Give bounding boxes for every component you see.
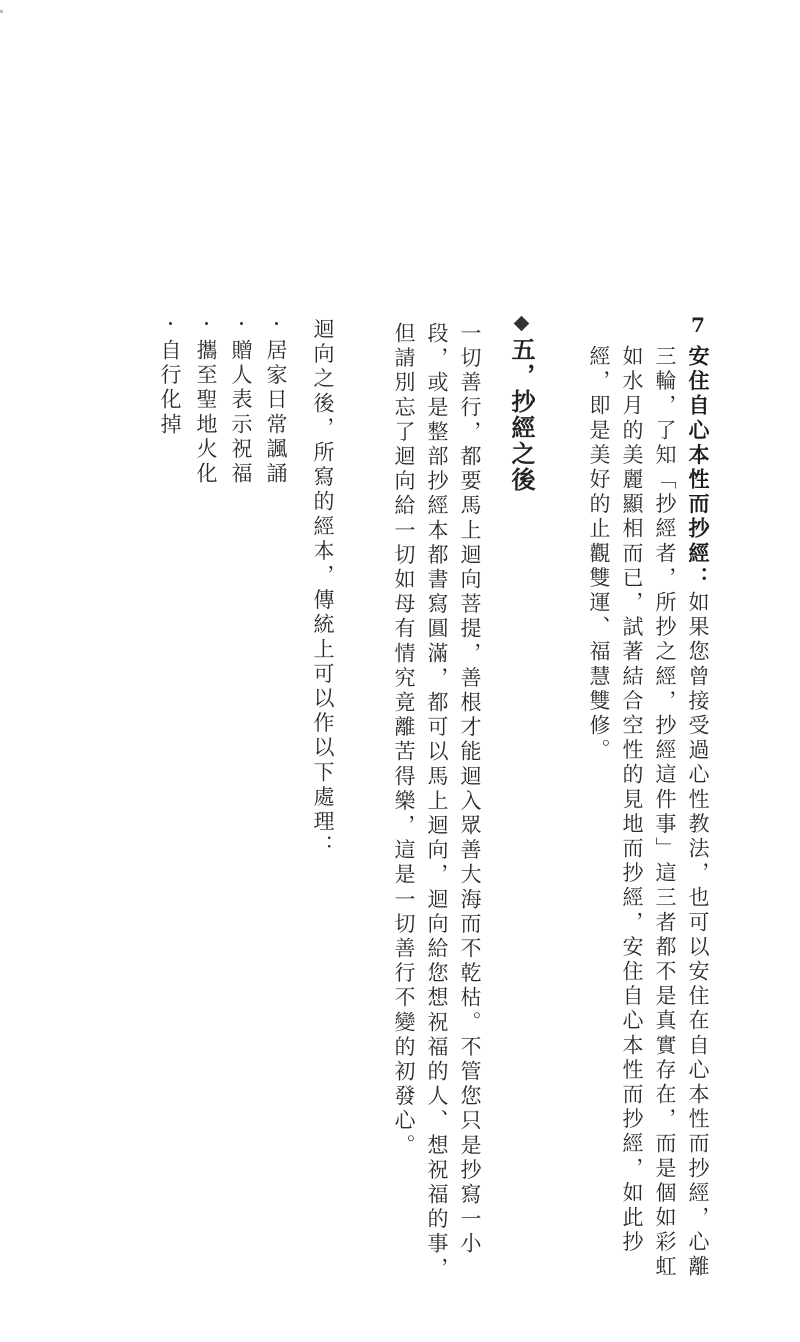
section5-paragraph-line-3: 但請別忘了迴向給一切如母有情究竟離苦得樂，這是一切善行不變的初發心。	[393, 322, 414, 1158]
item7-line-4: 經，即是美好的止觀雙運、福慧雙修。	[588, 345, 609, 763]
bullet-dot-icon	[240, 322, 243, 325]
bullet-item: 攜至聖地火化	[195, 322, 216, 487]
item7-line-2: 三輪，了知「抄經者，所抄之經，抄經這件事」這三者都不是真實存在，而是個如彩虹	[654, 345, 675, 1280]
disposal-intro: 迴向之後，所寫的經本，傳統上可以作以下處理：	[312, 318, 333, 859]
bullet-dot-icon	[275, 322, 278, 325]
section5-paragraph-line-2: 段，或是整部抄經本都書寫圓滿，都可以馬上迴向，迴向給您想祝福的人、想祝福的事，	[426, 322, 447, 1281]
diamond-bullet-icon	[513, 316, 529, 332]
bullet-text: 攜至聖地火化	[194, 339, 218, 487]
item-number: 7	[691, 313, 705, 337]
item7-text-1: 如果您曾接受過心性教法，也可以安住在自心本性而抄經，心離	[686, 591, 710, 1280]
bullet-dot-icon	[169, 322, 172, 325]
book-page: 7 安住自心本性而抄經：如果您曾接受過心性教法，也可以安住在自心本性而抄經，心離…	[0, 0, 800, 1342]
section-heading: 五，抄經之後	[504, 318, 539, 493]
scan-edge-mark	[0, 10, 3, 13]
bullet-text: 自行化掉	[158, 339, 182, 437]
bullet-dot-icon	[205, 322, 208, 325]
item7-line-1: 安住自心本性而抄經：如果您曾接受過心性教法，也可以安住在自心本性而抄經，心離	[687, 345, 708, 1280]
bullet-text: 贈人表示祝福	[229, 339, 253, 487]
section5-paragraph-line-1: 一切善行，都要馬上迴向菩提，善根才能迴入眾善大海而不乾枯。不管您只是抄寫一小	[459, 322, 480, 1257]
item7-title: 安住自心本性而抄經：	[686, 345, 710, 591]
section-heading-text: 五，抄經之後	[507, 337, 536, 493]
bullet-text: 居家日常諷誦	[264, 339, 288, 487]
bullet-item: 居家日常諷誦	[265, 322, 286, 487]
item7-line-3: 如水月的美麗顯相而已，試著結合空性的見地而抄經，安住自心本性而抄經，如此抄	[621, 345, 642, 1255]
bullet-item: 贈人表示祝福	[230, 322, 251, 487]
bullet-item: 自行化掉	[159, 322, 180, 437]
